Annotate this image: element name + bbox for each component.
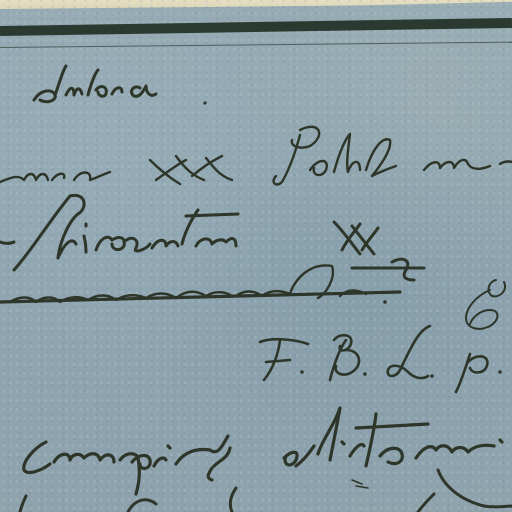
document-page: dubia. …uca~~tt~~ Pohl mi… ~~hirsutam~~ … bbox=[0, 0, 512, 512]
handwriting-hirsutam-struck bbox=[0, 195, 424, 280]
handwriting-layer bbox=[0, 0, 512, 512]
handwriting-bottom-fragments bbox=[20, 470, 512, 512]
handwriting-pohl-line bbox=[0, 127, 512, 185]
handwriting-fbl bbox=[260, 326, 502, 392]
handwriting-campis-editioni bbox=[24, 408, 502, 494]
handwriting-margin-6 bbox=[466, 280, 505, 329]
handwriting-dubia bbox=[34, 66, 207, 105]
handwriting-manda-struck bbox=[0, 265, 400, 303]
